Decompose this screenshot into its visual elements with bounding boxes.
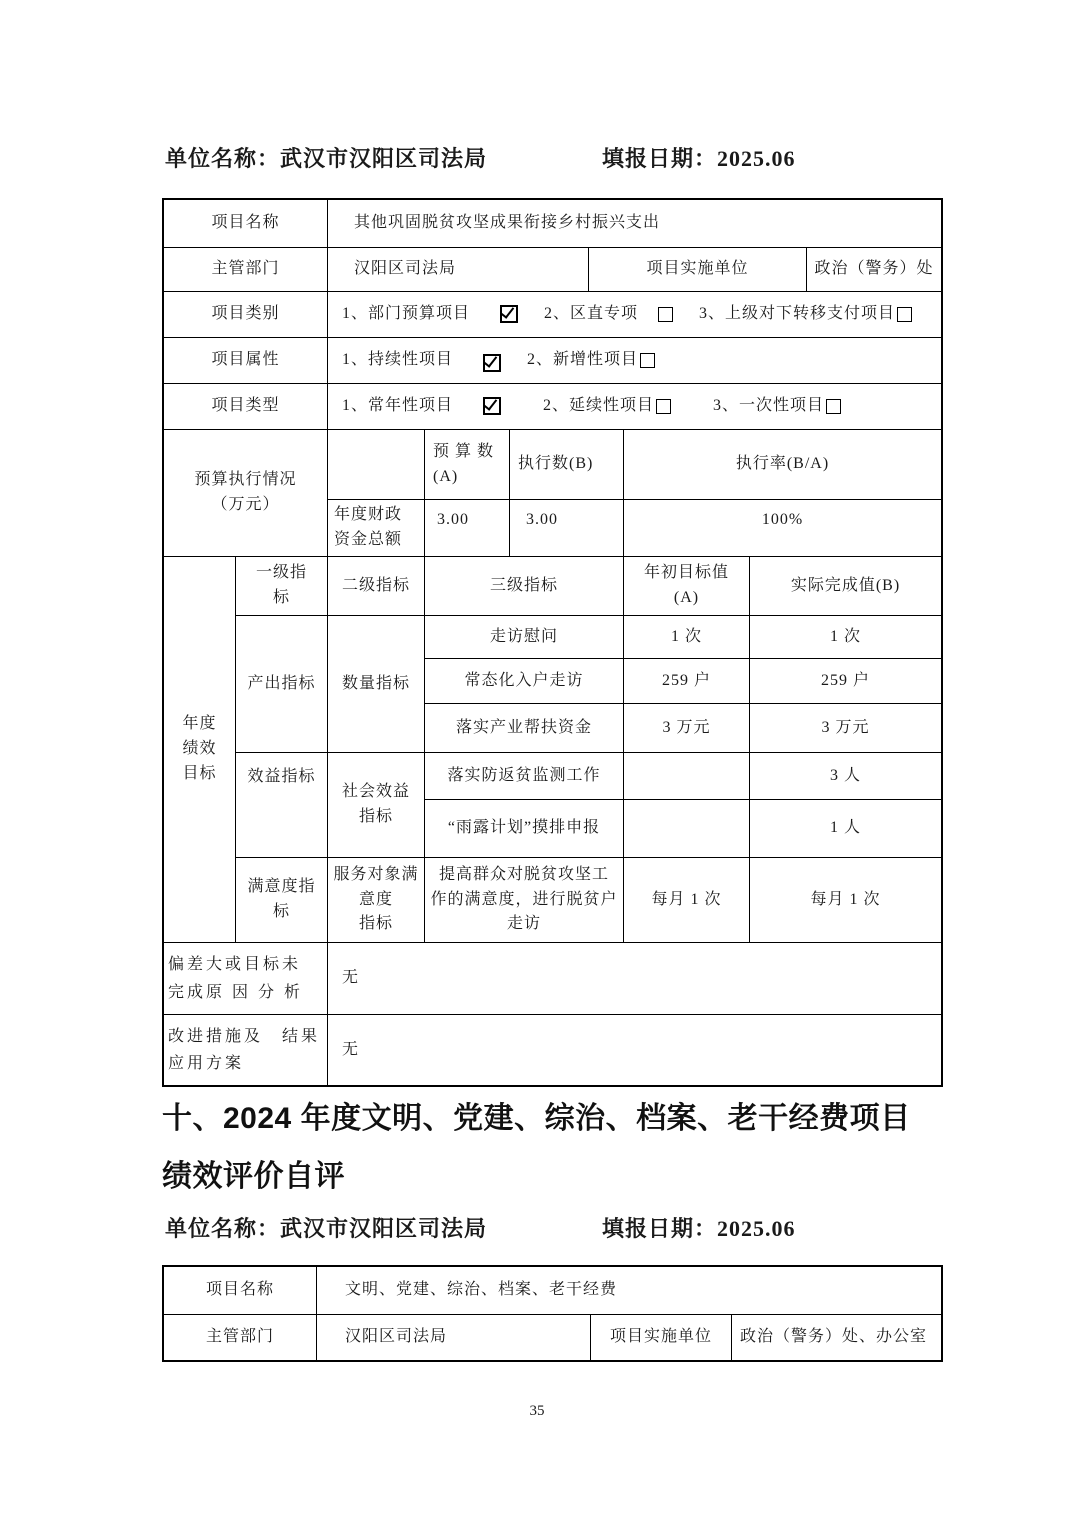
budget-col-a-header: 预 算 数 (A): [425, 430, 510, 500]
checked-checkbox-icon: [483, 354, 501, 372]
impl-unit-label: 项目实施单位: [589, 248, 807, 292]
indicator-actual: 每月 1 次: [750, 858, 941, 943]
project-name-label: 项目名称: [164, 200, 328, 248]
unit-name-text: 单位名称：武汉市汉阳区司法局: [165, 1212, 487, 1243]
output-indicator-label: 产出指标: [236, 616, 328, 753]
improvement-value: 无: [328, 1015, 941, 1085]
option-label: 3、上级对下转移支付项目: [699, 302, 895, 327]
performance-table-2: 项目名称 文明、党建、综治、档案、老干经费 主管部门 汉阳区司法局 项目实施单位…: [162, 1265, 943, 1362]
indicator-target: [624, 800, 750, 858]
option-label: 3、一次性项目: [713, 394, 824, 419]
indicator-actual: 1 次: [750, 616, 941, 659]
budget-row-label: 年度财政 资金总额: [328, 500, 425, 557]
department-value: 汉阳区司法局: [317, 1315, 591, 1360]
indicator-name: “雨露计划”摸排申报: [425, 800, 624, 858]
indicator-target: 259 户: [624, 659, 750, 704]
document-page: 单位名称：武汉市汉阳区司法局 填报日期：2025.06 项目名称 其他巩固脱贫攻…: [0, 0, 1074, 1520]
attribute-options: 1、持续性项目 2、新增性项目: [328, 338, 941, 384]
option-label: 1、持续性项目: [342, 348, 453, 373]
indicator-actual: 1 人: [750, 800, 941, 858]
improvement-label: 改进措施及 结果 应用方案: [164, 1015, 328, 1085]
impl-unit-label: 项目实施单位: [591, 1315, 732, 1360]
section-heading: 十、2024 年度文明、党建、综治、档案、老干经费项目绩效评价自评: [162, 1090, 924, 1206]
budget-section-label: 预算执行情况 （万元）: [164, 430, 328, 557]
attribute-label: 项目属性: [164, 338, 328, 384]
option-label: 1、部门预算项目: [342, 302, 470, 327]
perf-header-actual: 实际完成值(B): [750, 557, 941, 616]
budget-rate-header: 执行率(B/A): [624, 430, 941, 500]
perf-header-level2: 二级指标: [328, 557, 425, 616]
unchecked-checkbox-icon: [826, 399, 841, 414]
budget-col-b-header: 执行数(B): [510, 430, 624, 500]
budget-value-b: 3.00: [510, 500, 624, 557]
unchecked-checkbox-icon: [897, 307, 912, 322]
deviation-label: 偏差大或目标未 完成原 因 分 析: [164, 943, 328, 1015]
impl-unit-value: 政治（警务）处: [807, 248, 941, 292]
perf-header-level1: 一级指 标: [236, 557, 328, 616]
option-label: 2、区直专项: [544, 302, 638, 327]
project-name-value: 其他巩固脱贫攻坚成果衔接乡村振兴支出: [328, 200, 941, 248]
page-number: 35: [0, 1403, 1074, 1420]
category-label: 项目类别: [164, 292, 328, 338]
department-label: 主管部门: [164, 1315, 317, 1360]
unchecked-checkbox-icon: [658, 307, 673, 322]
unchecked-checkbox-icon: [640, 353, 655, 368]
type-label: 项目类型: [164, 384, 328, 430]
indicator-name: 提高群众对脱贫攻坚工 作的满意度，进行脱贫户 走访: [425, 858, 624, 943]
impl-unit-value: 政治（警务）处、办公室: [732, 1315, 941, 1360]
perf-section-label: 年度 绩效 目标: [164, 557, 236, 943]
budget-empty-cell: [328, 430, 425, 500]
indicator-name: 落实产业帮扶资金: [425, 704, 624, 753]
indicator-actual: 3 万元: [750, 704, 941, 753]
indicator-name: 落实防返贫监测工作: [425, 753, 624, 800]
indicator-name: 走访慰问: [425, 616, 624, 659]
indicator-actual: 3 人: [750, 753, 941, 800]
department-value: 汉阳区司法局: [328, 248, 589, 292]
deviation-value: 无: [328, 943, 941, 1015]
indicator-target: 1 次: [624, 616, 750, 659]
project-name-value: 文明、党建、综治、档案、老干经费: [317, 1267, 941, 1315]
indicator-name: 常态化入户走访: [425, 659, 624, 704]
budget-value-a: 3.00: [425, 500, 510, 557]
indicator-actual: 259 户: [750, 659, 941, 704]
project-name-label: 项目名称: [164, 1267, 317, 1315]
checked-checkbox-icon: [500, 305, 518, 323]
report-date-text: 填报日期：2025.06: [602, 142, 796, 173]
checked-checkbox-icon: [483, 397, 501, 415]
performance-table-1: 项目名称 其他巩固脱贫攻坚成果衔接乡村振兴支出 主管部门 汉阳区司法局 项目实施…: [162, 198, 943, 1087]
unit-name-text: 单位名称：武汉市汉阳区司法局: [165, 142, 487, 173]
indicator-target: 每月 1 次: [624, 858, 750, 943]
perf-header-target: 年初目标值 (A): [624, 557, 750, 616]
category-options: 1、部门预算项目 2、区直专项 3、上级对下转移支付项目: [328, 292, 941, 338]
service-target-label: 服务对象满 意度 指标: [328, 858, 425, 943]
option-label: 2、延续性项目: [543, 394, 654, 419]
quantity-indicator-label: 数量指标: [328, 616, 425, 753]
perf-header-level3: 三级指标: [425, 557, 624, 616]
type-options: 1、常年性项目 2、延续性项目 3、一次性项目: [328, 384, 941, 430]
satisfaction-indicator-label: 满意度指 标: [236, 858, 328, 943]
budget-rate-value: 100%: [624, 500, 941, 557]
indicator-target: [624, 753, 750, 800]
department-label: 主管部门: [164, 248, 328, 292]
unchecked-checkbox-icon: [656, 399, 671, 414]
report-date-text: 填报日期：2025.06: [602, 1212, 796, 1243]
option-label: 2、新增性项目: [527, 348, 638, 373]
indicator-target: 3 万元: [624, 704, 750, 753]
social-benefit-label: 社会效益 指标: [328, 753, 425, 858]
option-label: 1、常年性项目: [342, 394, 453, 419]
benefit-indicator-label: 效益指标: [236, 753, 328, 858]
